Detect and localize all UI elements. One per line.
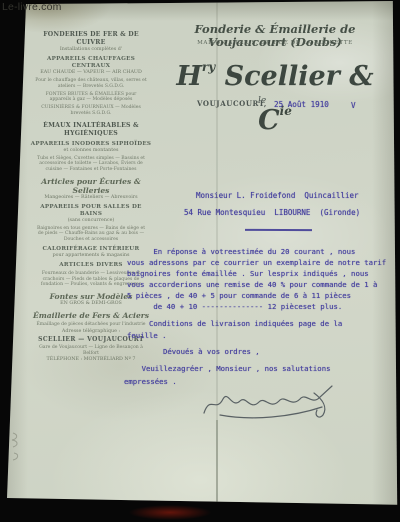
letterhead-sidebar-line: Mangeoires — Râteliers — Abreuvoirs — [30, 195, 152, 201]
letterhead-sidebar-line: APPAREILS CHAUFFAGES CENTRAUX — [30, 56, 152, 70]
letterhead-sidebar-line: et colonnes montantes — [30, 148, 152, 154]
letterhead-sidebar-line: FONDERIES DE FER & DE CUIVRE — [30, 31, 152, 46]
scan-watermark: Le-livre.com — [2, 1, 62, 13]
fold-crease-lower — [216, 420, 218, 504]
letterhead-sidebar-line: Pour le chauffage des châteaux, villas, … — [35, 78, 147, 89]
letterhead-sidebar-line: Gare de Voujaucourt — Ligne de Besançon … — [35, 345, 147, 356]
letterhead-sidebar-line: Tubs et Sièges, Cuvettes simples — Bassi… — [35, 156, 147, 173]
firm-name-initial-sup: ry — [202, 60, 215, 74]
pencil-annotation — [7, 429, 33, 469]
body-line: vous accorderions une remise de 40 % pou… — [127, 280, 386, 291]
letterhead-sidebar-line: FONTES BRUTES & ÉMAILLÉES pour appareils… — [35, 92, 147, 103]
body-line: baignoires fonte émaillée . Sur lesprix … — [127, 269, 386, 280]
body-paragraph-2: Conditions de livraison indiquées page d… — [127, 318, 342, 341]
letterhead-sidebar-line: Baignoires en tous genres — Bains de siè… — [35, 226, 147, 243]
letterhead-sidebar-line: ÉMAUX INALTÉRABLES & HYGIÉNIQUES — [30, 122, 152, 137]
letter-paper: FONDERIES DE FER & DE CUIVREInstallation… — [0, 0, 400, 522]
body-line: Veuillezagréer , Monsieur , nos salutati… — [124, 363, 330, 376]
signature-scrawl — [196, 379, 346, 427]
typed-date: 25 Août 1910 — [274, 100, 329, 109]
recipient-line-2: 54 Rue Montesquieu LIBOURNE (Gironde) — [184, 208, 360, 217]
recipient-line-1: Monsieur L. Froidefond Quincaillier — [196, 191, 359, 200]
firm-name-initial: H — [176, 61, 202, 92]
body-paragraph-1: En réponse à votreestimée du 20 courant … — [127, 247, 386, 312]
letterhead-sidebar: FONDERIES DE FER & DE CUIVREInstallation… — [30, 25, 152, 363]
body-line: de 40 + 10 -------------- 12 pièceset pl… — [127, 302, 386, 313]
body-line: 5 pièces , de 40 + 5 pour commande de 6 … — [127, 291, 386, 302]
letterhead-sidebar-line: APPAREILS POUR SALLES DE BAINS — [30, 204, 152, 218]
body-line: vous adressons par ce courrier un exempl… — [127, 258, 386, 269]
letterhead-sidebar-line: Installations complètes d' — [30, 47, 152, 53]
letterhead-sidebar-line: CUISINIÈRES & FOURNEAUX — Modèles brevet… — [35, 105, 147, 116]
body-paragraph-3: Dévoués à vos ordres , — [163, 347, 260, 356]
firm-name: Hry Scellier & Cie — [162, 50, 388, 138]
body-line: Conditions de livraison indiquées page d… — [127, 318, 342, 330]
letterhead-sidebar-line: EAU CHAUDE — VAPEUR — AIR CHAUD — [30, 70, 152, 76]
letterhead-sidebar-line: (sans concurrence) — [30, 218, 152, 224]
letterhead-sidebar-line: Articles pour Écuries & Selleries — [30, 177, 152, 195]
typed-date-mark: V — [351, 101, 356, 110]
place-label: VOUJAUCOURT, — [197, 99, 267, 108]
letterhead-sidebar-line: APPAREILS INODORES SIPHOÏDES — [30, 141, 152, 148]
recipient-underline — [245, 229, 312, 231]
body-line: feuille . — [127, 330, 342, 342]
le-label: le — [258, 96, 266, 106]
letterhead-paris-address: MAISON A PARIS, 89, RUE DE LA ROQUETTE — [168, 40, 382, 47]
bottom-red-tint — [115, 503, 225, 522]
body-line: En réponse à votreestimée du 20 courant … — [127, 247, 386, 258]
scanned-letter-page: FONDERIES DE FER & DE CUIVREInstallation… — [0, 0, 400, 522]
